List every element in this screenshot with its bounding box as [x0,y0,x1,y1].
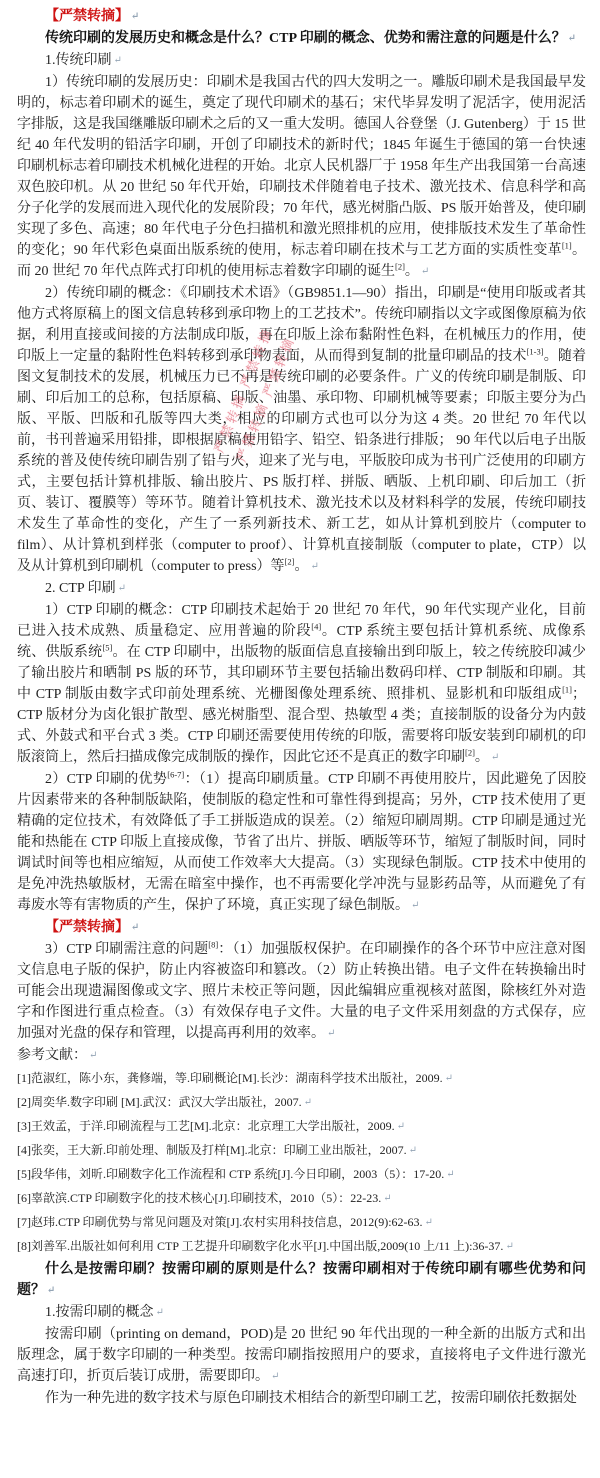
text-run: [2]周奕华.数字印刷 [M].武汉：武汉大学出版社，2007. [17,1095,302,1109]
text-run: [1]范淑红，陈小东，龚修端，等.印刷概论[M].长沙：湖南科学技术出版社，20… [17,1071,443,1085]
body-paragraph: 3）CTP 印刷需注意的问题[8]：（1）加强版权保护。在印刷操作的各个环节中应… [17,939,586,1045]
paragraph-mark-icon: ↵ [89,1045,97,1066]
citation-superscript: [4] [311,621,321,631]
question-title: 什么是按需印刷？按需印刷的原则是什么？按需印刷相对于传统印刷有哪些优势和问题？↵ [17,1259,586,1302]
text-run: ：（1）提高印刷质量。CTP 印刷不再使用胶片，因此避免了因胶片因素带来的各种制… [17,772,586,913]
text-run: 参考文献： [17,1048,87,1063]
citation-superscript: [5] [102,642,112,652]
text-run: 1.传统印刷 [45,53,112,68]
text-run: [3]王效孟，于洋.印刷流程与工艺[M].北京：北京理工大学出版社，2009. [17,1119,395,1133]
text-run: 按需印刷（printing on demand，POD)是 20 世纪 90 年… [17,1327,586,1384]
text-run: [5]段华伟，刘昕.印刷数字化工作流程和 CTP 系统[J].今日印刷，2003… [17,1167,444,1181]
question-title: 传统印刷的发展历史和概念是什么？CTP 印刷的概念、优势和需注意的问题是什么？↵ [17,28,586,50]
citation-superscript: [8] [208,939,218,949]
paragraph-mark-icon: ↵ [47,1280,55,1301]
text-run: 1）传统印刷的发展历史：印刷术是我国古代的四大发明之一。雕版印刷术是我国最早发明… [17,75,586,258]
reference-item: [2]周奕华.数字印刷 [M].武汉：武汉大学出版社，2007.↵ [17,1091,586,1115]
body-paragraph: 2）传统印刷的概念：《印刷技术术语》（GB9851.1—90）指出，印刷是“使用… [17,283,586,578]
text-run: 传统印刷的发展历史和概念是什么？CTP 印刷的概念、优势和需注意的问题是什么？ [45,31,566,46]
text-run: 。 [405,264,419,279]
text-run: 1.按需印刷的概念 [45,1305,154,1320]
body-paragraph: 按需印刷（printing on demand，POD)是 20 世纪 90 年… [17,1324,586,1388]
text-run: 。 [475,750,489,765]
text-run: 什么是按需印刷？按需印刷的原则是什么？按需印刷相对于传统印刷有哪些优势和问题？ [17,1262,586,1298]
body-paragraph: 2）CTP 印刷的优势[6-7]：（1）提高印刷质量。CTP 印刷不再使用胶片，… [17,769,586,917]
text-run: 作为一种先进的数字技术与原色印刷技术相结合的新型印刷工艺，按需印刷依托数据处 [45,1391,577,1406]
body-paragraph: 1）CTP 印刷的概念：CTP 印刷技术起始于 20 世纪 70 年代，90 年… [17,600,586,769]
restriction-banner: 【严禁转摘】↵ [17,917,586,939]
text-run: 【严禁转摘】 [45,920,129,935]
paragraph-mark-icon: ↵ [445,1067,453,1090]
paragraph-mark-icon: ↵ [505,1235,513,1258]
citation-superscript: [1] [562,240,572,250]
citation-superscript: [2] [395,261,405,271]
references-label: 参考文献：↵ [17,1045,586,1067]
citation-superscript: [6-7] [167,769,184,779]
paragraph-mark-icon: ↵ [409,1139,417,1162]
text-run: [8]刘善军.出版社如何利用 CTP 工艺提升印刷数字化水平[J].中国出版,2… [17,1239,503,1253]
text-run: 。随着图文复制技术的发展，机械压力已不再是传统印刷的必要条件。广义的传统印刷是制… [17,349,586,574]
reference-item: [5]段华伟，刘昕.印刷数字化工作流程和 CTP 系统[J].今日印刷，2003… [17,1163,586,1187]
section-heading: 1.传统印刷↵ [17,50,586,72]
paragraph-mark-icon: ↵ [421,261,429,282]
reference-item: [1]范淑红，陈小东，龚修端，等.印刷概论[M].长沙：湖南科学技术出版社，20… [17,1067,586,1091]
text-run: 2）传统印刷的概念：《印刷技术术语》（GB9851.1—90）指出，印刷是“使用… [17,286,586,364]
text-run: [7]赵玮.CTP 印刷优势与常见问题及对策[J].农村实用科技信息，2012(… [17,1215,423,1229]
text-run: 3）CTP 印刷需注意的问题 [45,942,208,957]
paragraph-mark-icon: ↵ [383,1187,391,1210]
restriction-banner: 【严禁转摘】↵ [17,6,586,28]
citation-superscript: [2] [465,747,475,757]
paragraph-mark-icon: ↵ [425,1211,433,1234]
section-heading: 1.按需印刷的概念↵ [17,1302,586,1324]
paragraph-mark-icon: ↵ [114,50,122,71]
paragraph-mark-icon: ↵ [271,1366,279,1387]
text-run: 【严禁转摘】 [45,9,129,24]
citation-superscript: [2] [285,556,295,566]
paragraph-mark-icon: ↵ [131,6,139,27]
body-paragraph: 1）传统印刷的发展历史：印刷术是我国古代的四大发明之一。雕版印刷术是我国最早发明… [17,72,586,283]
paragraph-mark-icon: ↵ [568,28,576,49]
text-run: [4]张奕，王大新.印前处理、制版及打样[M].北京：印刷工业出版社，2007. [17,1143,407,1157]
paragraph-mark-icon: ↵ [118,578,126,599]
paragraph-mark-icon: ↵ [304,1091,312,1114]
body-paragraph: 作为一种先进的数字技术与原色印刷技术相结合的新型印刷工艺，按需印刷依托数据处 [17,1388,586,1409]
paragraph-mark-icon: ↵ [446,1163,454,1186]
text-run: 2）CTP 印刷的优势 [45,772,167,787]
reference-item: [7]赵玮.CTP 印刷优势与常见问题及对策[J].农村实用科技信息，2012(… [17,1211,586,1235]
section-heading: 2. CTP 印刷↵ [17,578,586,600]
text-run: 。 [294,559,308,574]
citation-superscript: [1-3] [527,346,544,356]
paragraph-mark-icon: ↵ [327,1023,335,1044]
paragraph-mark-icon: ↵ [397,1115,405,1138]
reference-item: [3]王效孟，于洋.印刷流程与工艺[M].北京：北京理工大学出版社，2009.↵ [17,1115,586,1139]
paragraph-mark-icon: ↵ [310,556,318,577]
text-run: [6]辜歆滨.CTP 印刷数字化的技术核心[J].印刷技术，2010（5）：22… [17,1191,381,1205]
paragraph-mark-icon: ↵ [156,1302,164,1323]
reference-item: [8]刘善军.出版社如何利用 CTP 工艺提升印刷数字化水平[J].中国出版,2… [17,1235,586,1259]
reference-item: [4]张奕，王大新.印前处理、制版及打样[M].北京：印刷工业出版社，2007.… [17,1139,586,1163]
text-run: 2. CTP 印刷 [45,581,116,596]
document-content: 【严禁转摘】↵传统印刷的发展历史和概念是什么？CTP 印刷的概念、优势和需注意的… [17,6,586,1409]
paragraph-mark-icon: ↵ [491,747,499,768]
paragraph-mark-icon: ↵ [411,895,419,916]
document-page: 严禁转摘 严禁转摘 严禁转摘 严禁转摘 【严禁转摘】↵传统印刷的发展历史和概念是… [0,0,600,1478]
paragraph-mark-icon: ↵ [131,917,139,938]
citation-superscript: [1] [562,684,572,694]
reference-item: [6]辜歆滨.CTP 印刷数字化的技术核心[J].印刷技术，2010（5）：22… [17,1187,586,1211]
